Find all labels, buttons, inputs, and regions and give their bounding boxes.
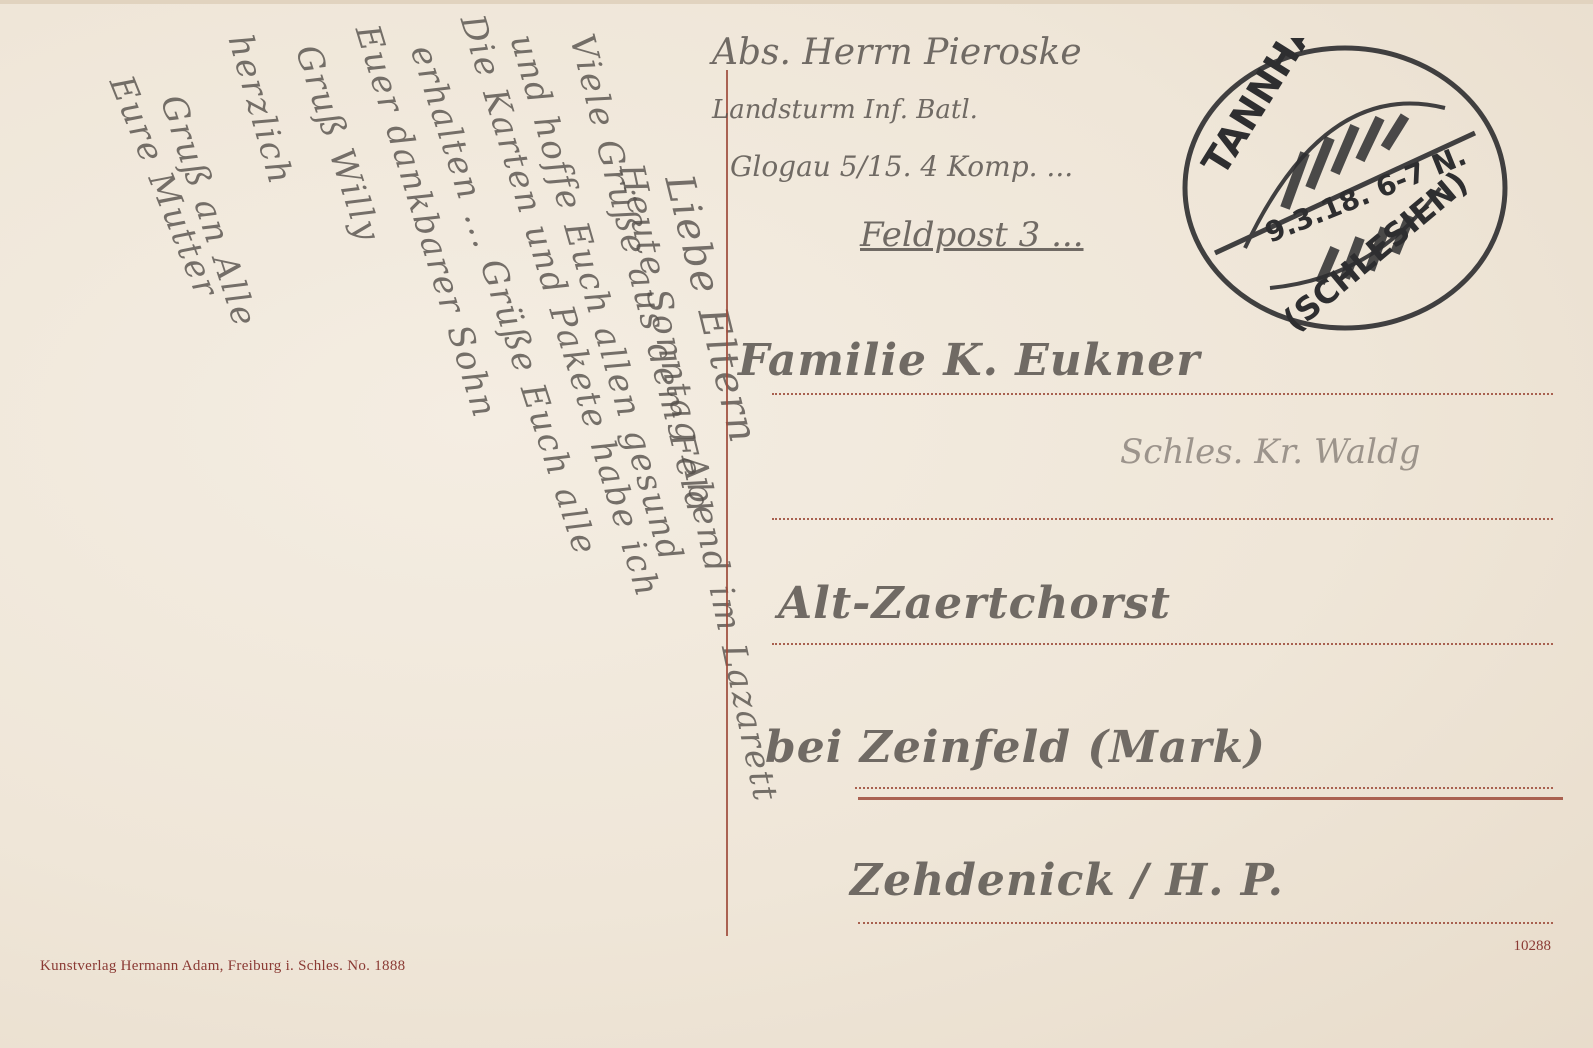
recipient-post-office: bei Zeinfeld (Mark) — [765, 722, 1266, 773]
pencil-note: Schles. Kr. Waldg — [1120, 432, 1421, 472]
sender-line: Abs. Herrn Pieroske — [712, 32, 1082, 73]
postmark-stamp: TANNHAUSEN (SCHLESIEN) 9.3.18. 6-7 N. — [1175, 38, 1515, 338]
postmark-town: TANNHAUSEN — [1193, 38, 1385, 183]
address-line-4 — [855, 787, 1553, 789]
sender-line: Landsturm Inf. Batl. — [712, 95, 978, 125]
serial-number: 10288 — [1514, 938, 1552, 955]
recipient-district: Zehdenick / H. P. — [850, 855, 1284, 906]
sender-line: Glogau 5/15. 4 Komp. ... — [730, 150, 1073, 183]
card-edge — [0, 0, 1593, 4]
address-line-5 — [858, 922, 1553, 924]
recipient-town: Alt-Zaertchorst — [778, 578, 1171, 629]
center-divider — [726, 70, 728, 936]
address-underline — [858, 797, 1563, 800]
address-line-2 — [772, 518, 1553, 520]
address-line-3 — [772, 643, 1553, 645]
publisher-imprint: Kunstverlag Hermann Adam, Freiburg i. Sc… — [40, 958, 405, 975]
recipient-name: Familie K. Eukner — [738, 335, 1200, 386]
address-line-1 — [772, 393, 1553, 395]
postcard: Eure Mutter Gruß an Alle herzlich Gruß W… — [0, 0, 1593, 1048]
sender-line: Feldpost 3 ... — [860, 215, 1084, 255]
